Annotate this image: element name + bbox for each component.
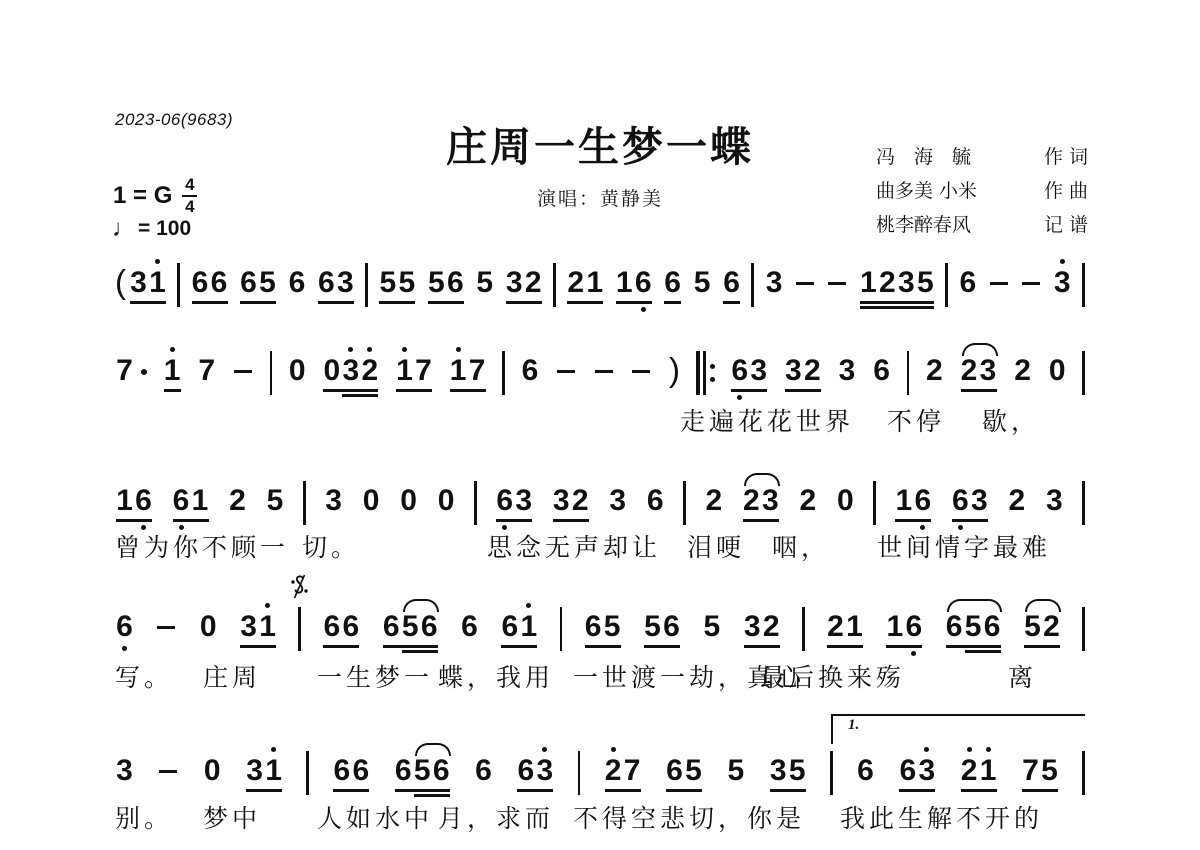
note-group: 56 xyxy=(427,268,465,298)
beam-line xyxy=(173,519,209,522)
note-digits: 1 xyxy=(163,356,182,386)
segno-icon xyxy=(290,573,309,605)
beam-line xyxy=(240,301,276,304)
note-digits: 31 xyxy=(239,612,277,642)
repeat-start-sign xyxy=(696,351,715,395)
time-signature: 4 4 xyxy=(182,176,197,215)
beam-line xyxy=(395,789,450,792)
note-digit: 3 xyxy=(115,756,134,786)
note-digits: 55 xyxy=(378,268,416,298)
note-digits: 17 xyxy=(395,356,433,386)
beam-line xyxy=(506,301,542,304)
note-group: 75 xyxy=(1021,756,1059,786)
note-digit: 2 xyxy=(228,486,247,516)
note-digit: 6 xyxy=(646,486,665,516)
note-digits: 61 xyxy=(500,612,538,642)
beam-line xyxy=(899,789,935,792)
slur-arc xyxy=(962,343,998,356)
note-digits: 3 xyxy=(324,486,343,516)
octave-dot-above xyxy=(967,747,972,752)
note-group: 3 xyxy=(837,356,856,386)
note-digit: 6 xyxy=(382,612,401,642)
note-digits: 32 xyxy=(552,486,590,516)
note-digit: 6 xyxy=(474,756,493,786)
note-group: 3 xyxy=(1045,486,1064,516)
note-digits: 6 xyxy=(958,268,977,298)
lyric-segment: 梦中 xyxy=(203,799,261,835)
barline xyxy=(1082,751,1085,795)
lyric-segment: 一生梦一 xyxy=(317,658,433,694)
tempo-value: = 100 xyxy=(138,217,191,241)
note-digit: 2 xyxy=(604,756,623,786)
barline xyxy=(1082,607,1085,651)
beam-line xyxy=(605,789,641,792)
credit-name: 桃李醉春风 xyxy=(876,210,971,237)
note-digit: 3 xyxy=(970,486,989,516)
note-group: 66 xyxy=(191,268,229,298)
beam-line xyxy=(664,301,681,304)
note-digits: 3 xyxy=(765,268,784,298)
note-digit: 6 xyxy=(665,756,684,786)
lyric-segment: 世间情字最难 xyxy=(877,528,1051,564)
barline xyxy=(365,263,368,307)
note-group: 27 xyxy=(604,756,642,786)
note-digit: 7 xyxy=(414,356,433,386)
beam-line xyxy=(496,519,532,522)
note-group: 32 xyxy=(552,486,590,516)
note-digit: 6 xyxy=(317,268,336,298)
octave-dot-below xyxy=(122,646,127,651)
note-digit: 7 xyxy=(115,356,134,386)
note-digits: 2 xyxy=(1013,356,1032,386)
barline xyxy=(1082,481,1085,525)
credit-role: 记谱 xyxy=(1044,210,1094,237)
note-digits: 66 xyxy=(191,268,229,298)
note-digit: 1 xyxy=(894,486,913,516)
barline xyxy=(553,263,556,307)
note-group: 032 xyxy=(322,356,379,386)
note-digits: 0 xyxy=(362,486,381,516)
credit-name: 冯 海 毓 xyxy=(876,142,971,169)
octave-dot-above xyxy=(1060,259,1065,264)
barline xyxy=(830,751,833,795)
note-group: 2 xyxy=(925,356,944,386)
note-digit: 5 xyxy=(964,612,983,642)
note-digit: 5 xyxy=(643,612,662,642)
note-group: 21 xyxy=(566,268,604,298)
barline xyxy=(945,263,948,307)
note-digits: 1235 xyxy=(859,268,935,298)
note-group: 0 xyxy=(836,486,855,516)
note-group: 5 xyxy=(702,612,721,642)
note-group: 2 xyxy=(228,486,247,516)
note-group: 2 xyxy=(1013,356,1032,386)
barline xyxy=(751,263,754,307)
note-digits: 16 xyxy=(885,612,923,642)
note-digit: 0 xyxy=(288,356,307,386)
note-digit: 6 xyxy=(341,612,360,642)
beam-line xyxy=(240,645,276,648)
note-digit: 3 xyxy=(505,268,524,298)
note-digit: 3 xyxy=(749,356,768,386)
barline xyxy=(683,481,686,525)
note-group: 56 xyxy=(643,612,681,642)
note-digit: 5 xyxy=(401,612,420,642)
credit-row: 冯 海 毓作词 xyxy=(876,142,1094,169)
lyrics-line-2: 走遍花花世界不停歇， xyxy=(115,402,1115,436)
note-digits: 6 xyxy=(663,268,682,298)
note-group: 21 xyxy=(960,756,998,786)
barline xyxy=(1082,351,1085,395)
barline xyxy=(502,351,505,395)
note-digit: 5 xyxy=(726,756,745,786)
lyric-segment: 泪哽 xyxy=(687,528,745,564)
beam-line xyxy=(946,645,1001,648)
barline xyxy=(303,481,306,525)
note-digits: 63 xyxy=(516,756,554,786)
note-digit: 2 xyxy=(762,612,781,642)
slur-arc xyxy=(1025,599,1061,612)
note-digit: 3 xyxy=(552,486,571,516)
note-digit: 2 xyxy=(960,756,979,786)
note-digit: 6 xyxy=(287,268,306,298)
credit-name: 曲多美 小米 xyxy=(876,176,977,203)
note-digits: 16 xyxy=(115,486,153,516)
note-digits: 656 xyxy=(945,612,1002,642)
lyric-segment: 庄周 xyxy=(203,658,261,694)
note-digits: 66 xyxy=(332,756,370,786)
beam-line xyxy=(396,389,432,392)
note-digit: 6 xyxy=(191,268,210,298)
note-digit: 5 xyxy=(603,612,622,642)
barline xyxy=(306,751,309,795)
note-digit: 3 xyxy=(608,486,627,516)
note-group: 63 xyxy=(730,356,768,386)
note-digits: 56 xyxy=(427,268,465,298)
note-group: 21 xyxy=(826,612,864,642)
note-digits: 63 xyxy=(730,356,768,386)
note-digit: 3 xyxy=(769,756,788,786)
credit-row: 桃李醉春风记谱 xyxy=(876,210,1094,237)
barline xyxy=(873,481,876,525)
octave-dot-above xyxy=(924,747,929,752)
note-group: 32 xyxy=(505,268,543,298)
note-digit: 6 xyxy=(239,268,258,298)
note-digit: 7 xyxy=(197,356,216,386)
note-digits: 5 xyxy=(475,268,494,298)
note-digits: 6 xyxy=(287,268,306,298)
note-group: 0 xyxy=(199,612,218,642)
duration-dash xyxy=(630,356,652,386)
note-digit: 5 xyxy=(788,756,807,786)
note-digit: 1 xyxy=(885,612,904,642)
beam-line xyxy=(323,645,359,648)
note-digits: 656 xyxy=(394,756,451,786)
note-digit: 5 xyxy=(413,756,432,786)
note-group: 23 xyxy=(742,486,780,516)
note-digit: 2 xyxy=(1013,356,1032,386)
note-group: 0 xyxy=(362,486,381,516)
quarter-note-icon: ♩ xyxy=(112,215,136,243)
note-digit: 5 xyxy=(1040,756,1059,786)
volta-bracket: 1. xyxy=(831,714,1085,744)
time-top: 4 xyxy=(185,176,194,193)
note-digit: 6 xyxy=(420,612,439,642)
beam-line-2 xyxy=(414,794,450,797)
note-digit: 3 xyxy=(514,486,533,516)
note-digit: 1 xyxy=(163,356,182,386)
note-digit: 6 xyxy=(210,268,229,298)
key-signature: 1 = G 4 4 xyxy=(113,176,197,215)
note-digit: 5 xyxy=(475,268,494,298)
note-group: 17 xyxy=(449,356,487,386)
credit-role: 作词 xyxy=(1044,142,1094,169)
note-group: 5 xyxy=(726,756,745,786)
note-digits: 6 xyxy=(460,612,479,642)
note-digit: 0 xyxy=(437,486,456,516)
note-digit: 2 xyxy=(1042,612,1061,642)
note-group: 5 xyxy=(693,268,712,298)
note-digits: 6 xyxy=(646,486,665,516)
octave-dot-above xyxy=(402,347,407,352)
note-digits: 5 xyxy=(693,268,712,298)
beam-line-2 xyxy=(860,306,934,309)
lyric-segment: 思念无声却让 xyxy=(487,528,661,564)
note-group: 6 xyxy=(722,268,741,298)
note-digits: 61 xyxy=(172,486,210,516)
credit-role: 作曲 xyxy=(1044,176,1094,203)
note-digit: 6 xyxy=(983,612,1002,642)
note-digits: 0 xyxy=(199,612,218,642)
note-digit: 5 xyxy=(684,756,703,786)
note-group: 6 xyxy=(958,268,977,298)
note-digits: 5 xyxy=(726,756,745,786)
note-digit: 6 xyxy=(945,612,964,642)
octave-dot-above xyxy=(542,747,547,752)
note-digits: 21 xyxy=(566,268,604,298)
note-group: 31 xyxy=(245,756,283,786)
note-digit: 6 xyxy=(446,268,465,298)
note-digits: 17 xyxy=(449,356,487,386)
note-digit: 1 xyxy=(519,612,538,642)
beam-line xyxy=(785,389,821,392)
note-digit: 6 xyxy=(500,612,519,642)
tempo-marking: ♩ = 100 xyxy=(112,215,191,243)
repeat-dots xyxy=(710,351,715,395)
duration-dash xyxy=(988,268,1010,298)
credit-row: 曲多美 小米作曲 xyxy=(876,176,1094,203)
note-digit: 5 xyxy=(702,612,721,642)
note-digit: 6 xyxy=(958,268,977,298)
note-group: 6 xyxy=(663,268,682,298)
duration-dash xyxy=(826,268,848,298)
note-group: 16 xyxy=(115,486,153,516)
note-digit: 7 xyxy=(1021,756,1040,786)
barline xyxy=(474,481,477,525)
repeat-thin-bar xyxy=(703,351,705,395)
note-digit: 6 xyxy=(115,612,134,642)
note-digits: 7 xyxy=(115,356,134,386)
slur-arc xyxy=(744,473,780,486)
note-digits: 21 xyxy=(960,756,998,786)
note-group: 61 xyxy=(500,612,538,642)
beam-line xyxy=(895,519,931,522)
note-group: 3 xyxy=(115,756,134,786)
note-digits: 16 xyxy=(615,268,653,298)
note-digit: 5 xyxy=(258,268,277,298)
note-digits: 0 xyxy=(399,486,418,516)
note-group: 3 xyxy=(1053,268,1072,298)
note-digit: 2 xyxy=(960,356,979,386)
note-digit: 1 xyxy=(845,612,864,642)
slur-arc xyxy=(415,743,451,756)
note-group: 66 xyxy=(322,612,360,642)
note-group: 3 xyxy=(765,268,784,298)
beam-line xyxy=(770,789,806,792)
note-digit: 2 xyxy=(524,268,543,298)
beam-line xyxy=(952,519,988,522)
note-digits: 23 xyxy=(960,356,998,386)
note-digits: 0 xyxy=(836,486,855,516)
note-digit: 6 xyxy=(662,612,681,642)
beam-line xyxy=(116,519,152,522)
beam-line xyxy=(450,389,486,392)
duration-dash xyxy=(794,268,816,298)
note-group: 61 xyxy=(172,486,210,516)
note-digit: 1 xyxy=(258,612,277,642)
note-group: 6 xyxy=(646,486,665,516)
note-digits: 63 xyxy=(951,486,989,516)
note-digit: 6 xyxy=(495,486,514,516)
credits-block: 冯 海 毓作词曲多美 小米作曲桃李醉春风记谱 xyxy=(876,142,1094,244)
beam-line xyxy=(428,301,464,304)
note-digit: 3 xyxy=(784,356,803,386)
lyric-segment: 月，求而 xyxy=(438,799,554,835)
duration-dash xyxy=(155,612,177,642)
note-digits: 0 xyxy=(203,756,222,786)
note-group: 2 xyxy=(704,486,723,516)
note-digits: 5 xyxy=(702,612,721,642)
note-digit: 3 xyxy=(917,756,936,786)
repeat-thick-bar xyxy=(696,351,701,395)
beam-line xyxy=(164,389,181,392)
note-digits: 6 xyxy=(115,612,134,642)
note-group: 63 xyxy=(898,756,936,786)
note-group: 6 xyxy=(872,356,891,386)
note-digit: 2 xyxy=(798,486,817,516)
note-digit: 7 xyxy=(468,356,487,386)
note-digit: 0 xyxy=(199,612,218,642)
note-digit: 2 xyxy=(566,268,585,298)
duration-dash xyxy=(555,356,577,386)
note-digit: 1 xyxy=(859,268,878,298)
beam-line xyxy=(961,389,997,392)
beam-line xyxy=(723,301,740,304)
note-group: 16 xyxy=(615,268,653,298)
note-group: 66 xyxy=(332,756,370,786)
note-digits: 2 xyxy=(925,356,944,386)
note-group: 17 xyxy=(395,356,433,386)
music-line-3: 166125300063323622320166323 xyxy=(115,486,1085,525)
note-group: 656 xyxy=(945,612,1002,642)
note-digit: 3 xyxy=(837,356,856,386)
lyric-segment: 不停 xyxy=(887,402,945,438)
octave-dot-below xyxy=(911,651,916,656)
note-digit: 6 xyxy=(172,486,191,516)
note-digits: 65 xyxy=(584,612,622,642)
note-digit: 3 xyxy=(1045,486,1064,516)
lyric-segment: 曾为你不顾一 xyxy=(115,528,289,564)
note-group: 656 xyxy=(382,612,439,642)
music-line-1: (316665663555653221166563123563 xyxy=(115,268,1085,307)
note-digits: 3 xyxy=(1053,268,1072,298)
note-group: 7 xyxy=(197,356,216,386)
music-line-4: 6031666566616556532211665652 xyxy=(115,612,1085,651)
beam-line xyxy=(644,645,680,648)
note-digits: 0 xyxy=(288,356,307,386)
beam-line xyxy=(1022,789,1058,792)
note-digits: 0 xyxy=(1048,356,1067,386)
note-digit: 6 xyxy=(584,612,603,642)
note-group: 63 xyxy=(951,486,989,516)
note-group: 63 xyxy=(516,756,554,786)
lyric-segment: 歇， xyxy=(982,402,1040,438)
note-group: 0 xyxy=(437,486,456,516)
note-digit: 2 xyxy=(803,356,822,386)
note-group: 32 xyxy=(743,612,781,642)
note-digits: 16 xyxy=(894,486,932,516)
note-digit: 7 xyxy=(623,756,642,786)
beam-line-2 xyxy=(402,650,438,653)
note-digits: 65 xyxy=(665,756,703,786)
lyric-segment: 别。 xyxy=(115,799,173,835)
octave-dot-above xyxy=(367,347,372,352)
time-bottom: 4 xyxy=(185,198,194,215)
lyrics-line-4: 写。庄周一生梦一蝶，我用一世渡一劫，真心最后换来殇离 xyxy=(115,658,1115,692)
octave-dot-below xyxy=(737,395,742,400)
note-digit: 6 xyxy=(722,268,741,298)
note-digit: 6 xyxy=(913,486,932,516)
note-digits: 6 xyxy=(856,756,875,786)
beam-line xyxy=(323,389,378,392)
note-digit: 3 xyxy=(535,756,554,786)
note-digits: 5 xyxy=(266,486,285,516)
note-digit: 5 xyxy=(378,268,397,298)
note-digit: 3 xyxy=(765,268,784,298)
lyric-segment: 切。 xyxy=(302,528,360,564)
key-text: 1 = G xyxy=(113,182,172,210)
volta-label: 1. xyxy=(848,717,859,733)
note-digit: 3 xyxy=(129,268,148,298)
note-group: 0 xyxy=(288,356,307,386)
note-digit: 0 xyxy=(399,486,418,516)
note-digits: 2 xyxy=(1007,486,1026,516)
octave-dot-above xyxy=(611,747,616,752)
note-group: 2 xyxy=(798,486,817,516)
note-digit: 0 xyxy=(203,756,222,786)
augmentation-dot xyxy=(141,369,147,375)
barline xyxy=(270,351,273,395)
note-digits: 31 xyxy=(245,756,283,786)
octave-dot-above xyxy=(456,347,461,352)
octave-dot-above xyxy=(265,603,270,608)
note-group: 7 xyxy=(115,356,147,386)
note-group: 0 xyxy=(1048,356,1067,386)
beam-line xyxy=(1024,645,1060,648)
note-digit: 0 xyxy=(322,356,341,386)
lyric-segment: 人如水中 xyxy=(317,799,433,835)
note-digits: 0 xyxy=(437,486,456,516)
